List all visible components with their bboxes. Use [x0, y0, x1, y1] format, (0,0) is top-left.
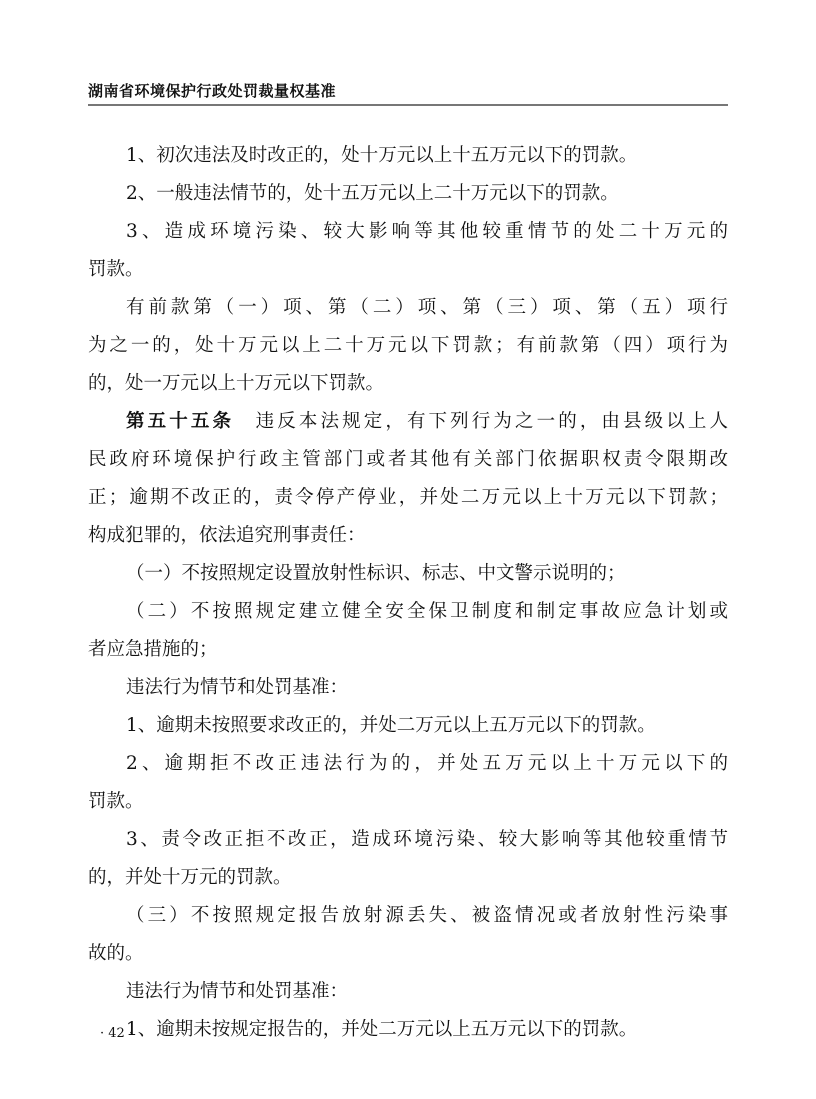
line-text: 罚款。 [88, 259, 144, 280]
header-title: 湖南省环境保护行政处罚裁量权基准 [88, 80, 728, 101]
line-text: （二）不按照规定建立健全安全保卫制度和制定事故应急计划或 [126, 601, 728, 622]
text-line: 故的。 [88, 935, 728, 973]
text-line: 违法行为情节和处罚基准： [88, 669, 728, 707]
line-text: 3、责令改正拒不改正，造成环境污染、较大影响等其他较重情节 [126, 829, 728, 850]
article-number: 第五十五条 [126, 411, 234, 432]
text-line: 罚款。 [88, 251, 728, 289]
text-line: 违法行为情节和处罚基准： [88, 973, 728, 1011]
text-line: 正；逾期不改正的，责令停产停业，并处二万元以上十万元以下罚款； [88, 479, 728, 517]
header-rule [88, 104, 728, 106]
text-line: 1、初次违法及时改正的，处十万元以上十五万元以下的罚款。 [88, 137, 728, 175]
text-line: 2、一般违法情节的，处十五万元以上二十万元以下的罚款。 [88, 175, 728, 213]
article-heading-line: 第五十五条 违反本法规定，有下列行为之一的，由县级以上人 [88, 403, 728, 441]
line-text: 罚款。 [88, 791, 144, 812]
line-text: 构成犯罪的，依法追究刑事责任： [88, 525, 366, 546]
line-text: 者应急措施的； [88, 639, 218, 660]
line-text: （一）不按照规定设置放射性标识、标志、中文警示说明的； [126, 563, 626, 584]
text-line: 为之一的，处十万元以上二十万元以下罚款；有前款第（四）项行为 [88, 327, 728, 365]
text-line: 3、造成环境污染、较大影响等其他较重情节的处二十万元的 [88, 213, 728, 251]
line-text: 1、逾期未按规定报告的，并处二万元以上五万元以下的罚款。 [126, 1019, 637, 1040]
running-header: 湖南省环境保护行政处罚裁量权基准 [88, 80, 728, 101]
text-line: 1、逾期未按照要求改正的，并处二万元以上五万元以下的罚款。 [88, 707, 728, 745]
text-line: 构成犯罪的，依法追究刑事责任： [88, 517, 728, 555]
text-line: 3、责令改正拒不改正，造成环境污染、较大影响等其他较重情节 [88, 821, 728, 859]
text-line: （三）不按照规定报告放射源丢失、被盗情况或者放射性污染事 [88, 897, 728, 935]
line-text: 2、逾期拒不改正违法行为的，并处五万元以上十万元以下的 [126, 753, 728, 774]
text-line: 有前款第（一）项、第（二）项、第（三）项、第（五）项行 [88, 289, 728, 327]
text-line: 2、逾期拒不改正违法行为的，并处五万元以上十万元以下的 [88, 745, 728, 783]
line-text: 2、一般违法情节的，处十五万元以上二十万元以下的罚款。 [126, 183, 619, 204]
line-text: 为之一的，处十万元以上二十万元以下罚款；有前款第（四）项行为 [88, 335, 728, 356]
text-line: （二）不按照规定建立健全安全保卫制度和制定事故应急计划或 [88, 593, 728, 631]
line-text: 违反本法规定，有下列行为之一的，由县级以上人 [234, 411, 728, 432]
line-text: 的，处一万元以上十万元以下罚款。 [88, 373, 384, 394]
text-line: （一）不按照规定设置放射性标识、标志、中文警示说明的； [88, 555, 728, 593]
text-line: 的，并处十万元的罚款。 [88, 859, 728, 897]
line-text: 1、初次违法及时改正的，处十万元以上十五万元以下的罚款。 [126, 145, 637, 166]
line-text: 正；逾期不改正的，责令停产停业，并处二万元以上十万元以下罚款； [88, 487, 728, 508]
line-text: 有前款第（一）项、第（二）项、第（三）项、第（五）项行 [126, 297, 728, 318]
line-text: 违法行为情节和处罚基准： [126, 677, 348, 698]
text-line: 1、逾期未按规定报告的，并处二万元以上五万元以下的罚款。 [88, 1011, 728, 1049]
line-text: 3、造成环境污染、较大影响等其他较重情节的处二十万元的 [126, 221, 728, 242]
line-text: 故的。 [88, 943, 144, 964]
text-line: 的，处一万元以上十万元以下罚款。 [88, 365, 728, 403]
text-line: 者应急措施的； [88, 631, 728, 669]
document-body: 1、初次违法及时改正的，处十万元以上十五万元以下的罚款。 2、一般违法情节的，处… [88, 137, 728, 1049]
page-number: · 42 · [100, 1026, 133, 1041]
line-text: 违法行为情节和处罚基准： [126, 981, 348, 1002]
text-line: 民政府环境保护行政主管部门或者其他有关部门依据职权责令限期改 [88, 441, 728, 479]
line-text: 的，并处十万元的罚款。 [88, 867, 292, 888]
line-text: 民政府环境保护行政主管部门或者其他有关部门依据职权责令限期改 [88, 449, 728, 470]
line-text: 1、逾期未按照要求改正的，并处二万元以上五万元以下的罚款。 [126, 715, 656, 736]
text-line: 罚款。 [88, 783, 728, 821]
line-text: （三）不按照规定报告放射源丢失、被盗情况或者放射性污染事 [126, 905, 728, 926]
